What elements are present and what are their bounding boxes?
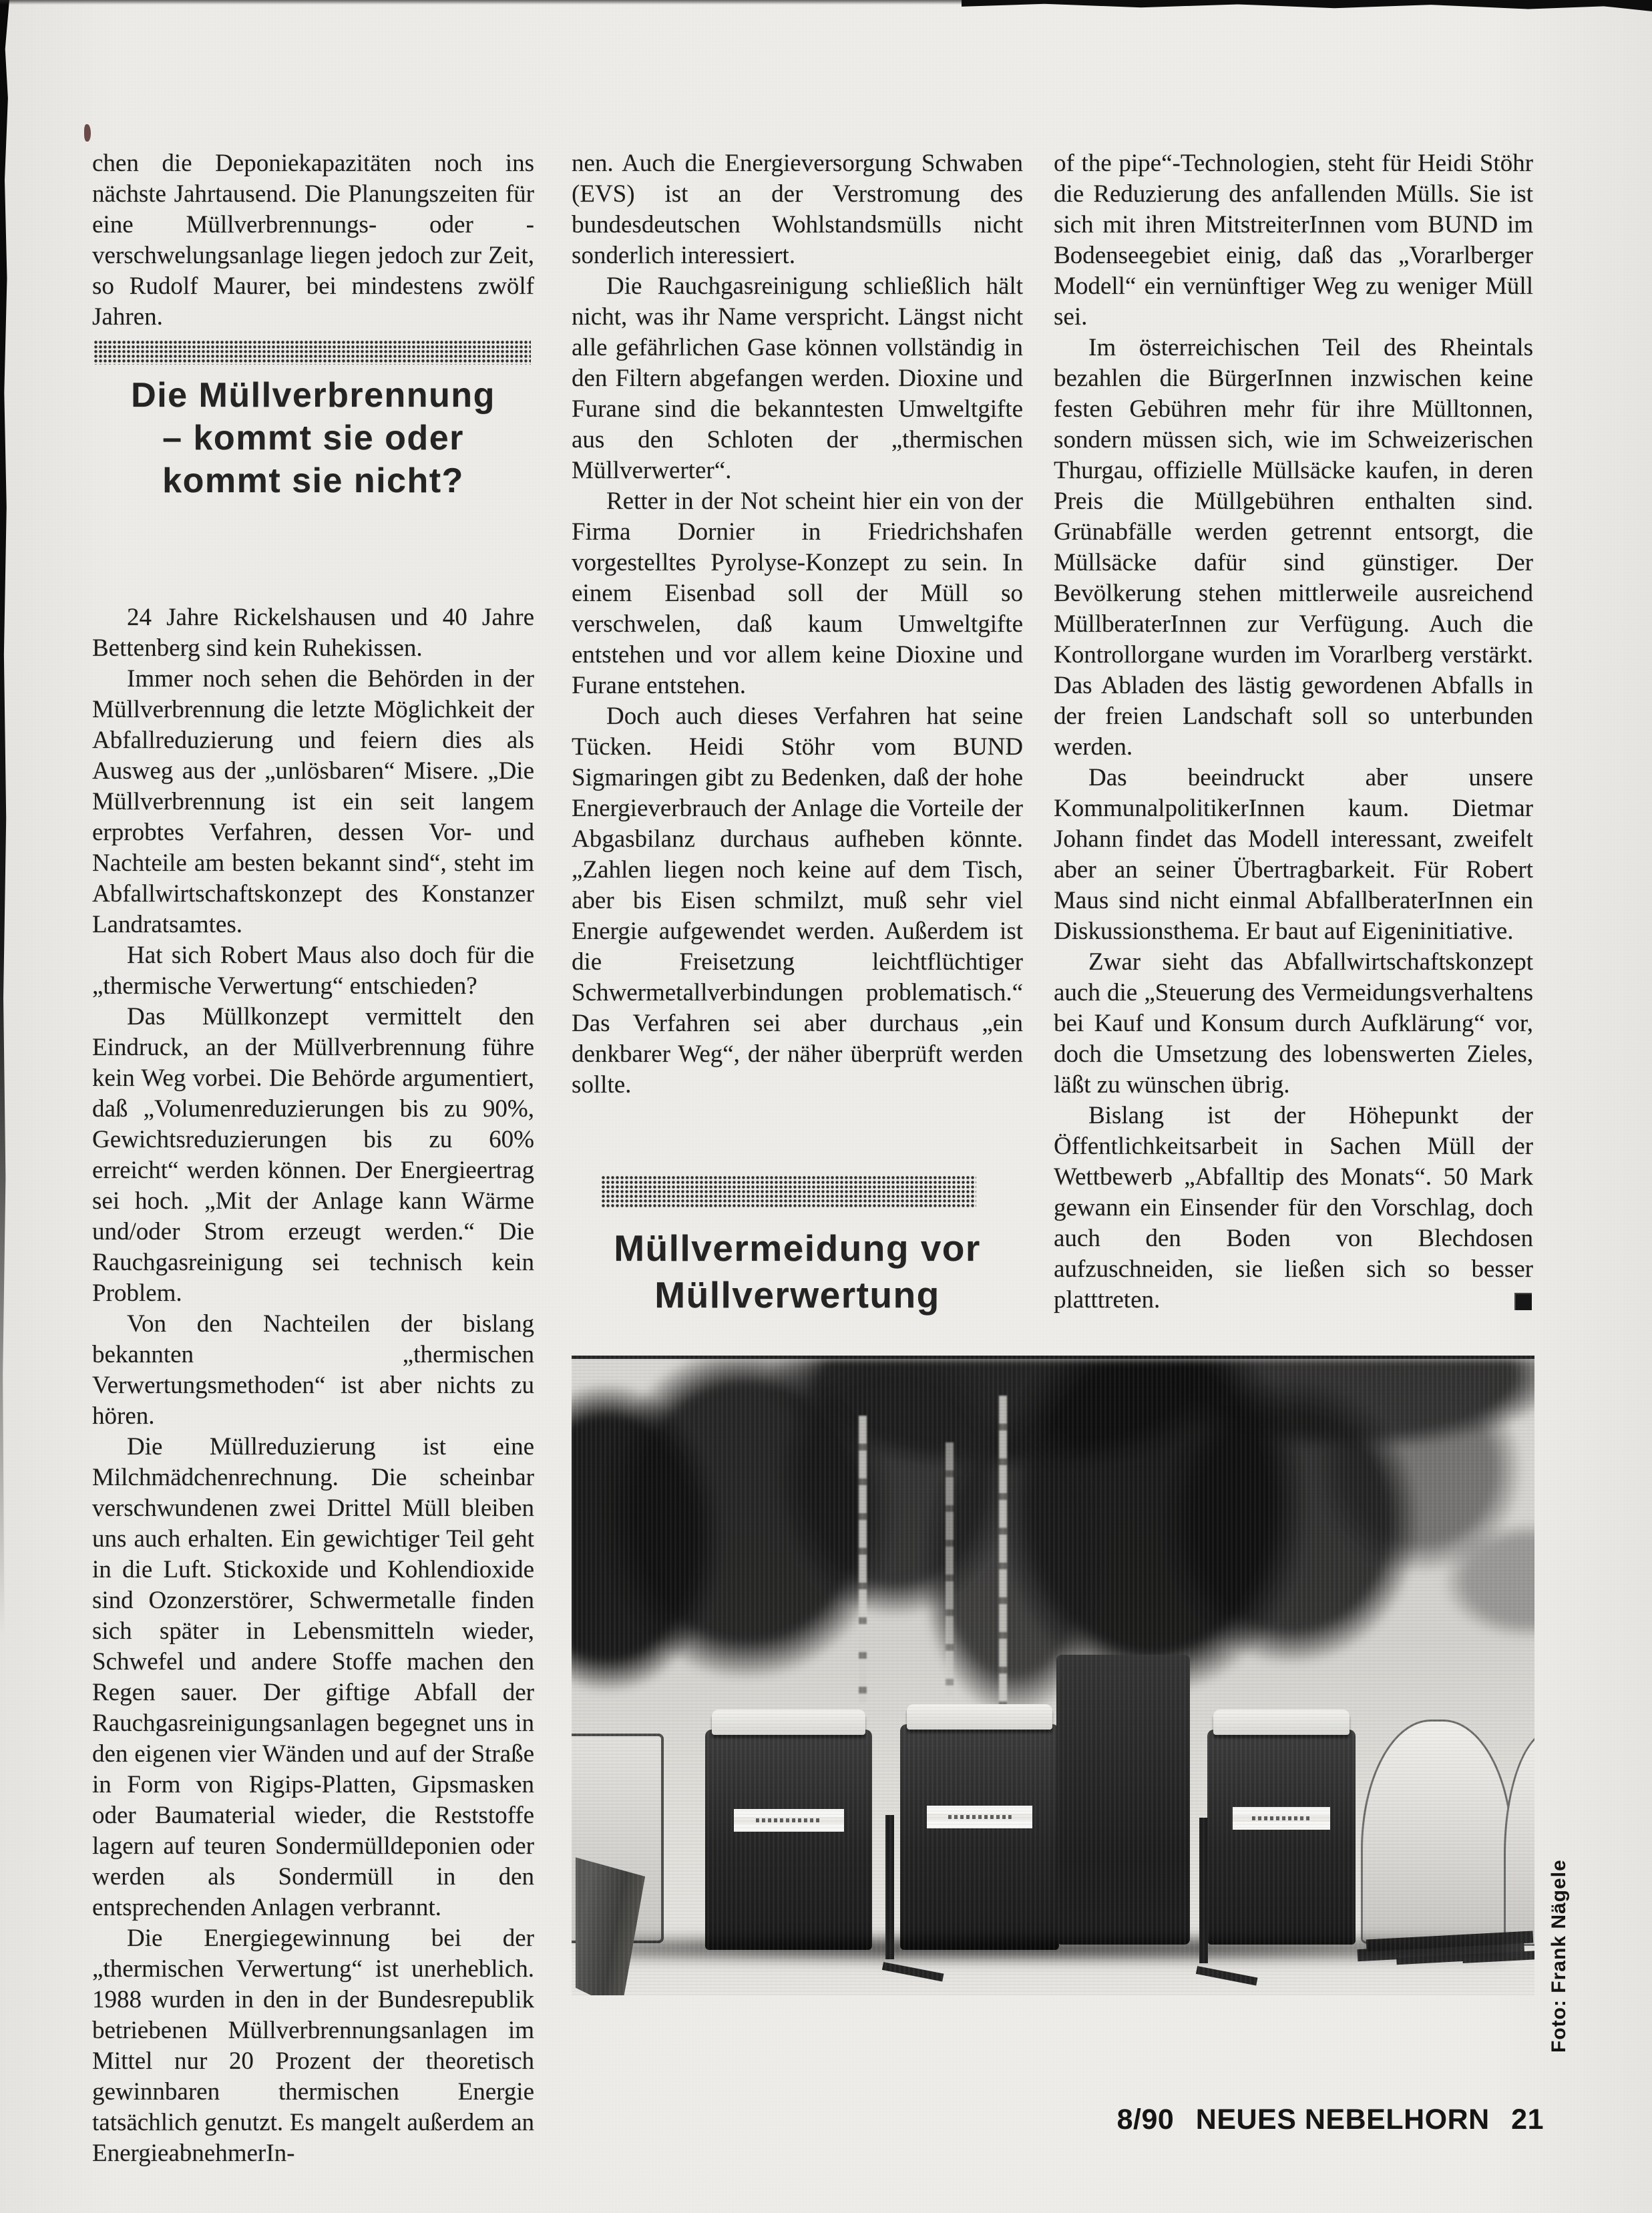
body-paragraph: 24 Jahre Rickelshausen und 40 Jahre Bett…	[92, 602, 534, 664]
paper-bank-left	[705, 1730, 872, 1950]
halftone-rule	[93, 340, 531, 365]
headline-line: Müllvermeidung vor	[572, 1225, 1023, 1271]
foreground-post-right	[1199, 1818, 1208, 1963]
body-paragraph: Immer noch sehen die Behörden in der Mül…	[92, 664, 534, 940]
container-tall-center	[1056, 1655, 1190, 1945]
igloo-container-left	[1361, 1720, 1513, 1944]
birch-trunk	[999, 1396, 1007, 1709]
text-column-3: of the pipe“-Technologien, steht für Hei…	[1054, 148, 1533, 1316]
ground-shadow	[591, 1934, 1506, 1963]
halftone-rule	[601, 1175, 976, 1207]
text-column-1: chen die Deponiekapazitäten noch ins näc…	[92, 148, 534, 2169]
body-paragraph: Doch auch dieses Verfahren hat seine Tüc…	[572, 701, 1023, 1100]
body-paragraph: Von den Nachteilen der bislang bekannten…	[92, 1309, 534, 1432]
footer-magazine: NEUES NEBELHORN	[1196, 2103, 1490, 2136]
body-paragraph: Hat sich Robert Maus also doch für die „…	[92, 940, 534, 1002]
paper-bank-right	[1207, 1730, 1356, 1945]
headline-line: kommt sie nicht?	[92, 459, 534, 502]
text-column-2: nen. Auch die Energieversorgung Schwaben…	[572, 148, 1023, 1413]
body-paragraph: Im österreichischen Teil des Rheintals b…	[1054, 333, 1533, 763]
photo-credit: Foto: Frank Nägele	[1548, 1838, 1571, 2053]
body-paragraph: Das beeindruckt aber unsere Kommunalpoli…	[1054, 763, 1533, 947]
scan-speck	[84, 124, 91, 142]
birch-trunk	[859, 1416, 867, 1703]
footer-page-number: 21	[1511, 2103, 1544, 2136]
body-paragraph: Die Rauchgasreinigung schließlich hält n…	[572, 271, 1023, 486]
headline-line: Die Müllverbrennung	[92, 374, 534, 417]
body-paragraph: Retter in der Not scheint hier ein von d…	[572, 486, 1023, 701]
body-paragraph: Bislang ist der Höhepunkt der Öffentlich…	[1054, 1100, 1533, 1316]
headline-line: – kommt sie oder	[92, 417, 534, 459]
footer-issue: 8/90	[1117, 2103, 1175, 2136]
body-paragraph: Zwar sieht das Abfallwirtschaftskonzept …	[1054, 947, 1533, 1100]
page-footer: 8/90 NEUES NEBELHORN 21	[1117, 2103, 1544, 2136]
headline-die-muellverbrennung: Die Müllverbrennung – kommt sie oder kom…	[92, 374, 534, 502]
foreground-post-left	[885, 1815, 894, 1959]
magazine-page-scan: chen die Deponiekapazitäten noch ins näc…	[0, 0, 1652, 2213]
scan-edge-top-right	[962, 0, 1652, 11]
photo-recycling-containers	[572, 1356, 1534, 1995]
body-paragraph: of the pipe“-Technologien, steht für Hei…	[1054, 148, 1533, 333]
birch-trunk	[946, 1442, 954, 1696]
paper-bank-center	[900, 1724, 1059, 1950]
headline-line: Müllverwertung	[572, 1271, 1023, 1318]
body-paragraph: nen. Auch die Energieversorgung Schwaben…	[572, 148, 1023, 271]
body-paragraph: Die Energiegewinnung bei der „thermische…	[92, 1923, 534, 2169]
scan-edge-left	[0, 0, 9, 1636]
body-paragraph: Das Müllkonzept vermittelt den Eindruck,…	[92, 1002, 534, 1309]
end-of-article-marker	[1514, 1293, 1532, 1310]
paragraph-text: Bislang ist der Höhepunkt der Öffentlich…	[1054, 1102, 1533, 1314]
body-paragraph: Die Müllreduzierung ist eine Milchmädche…	[92, 1432, 534, 1923]
body-paragraph: chen die Deponiekapazitäten noch ins näc…	[92, 148, 534, 333]
headline-muellvermeidung: Müllvermeidung vor Müllverwertung	[572, 1225, 1023, 1318]
